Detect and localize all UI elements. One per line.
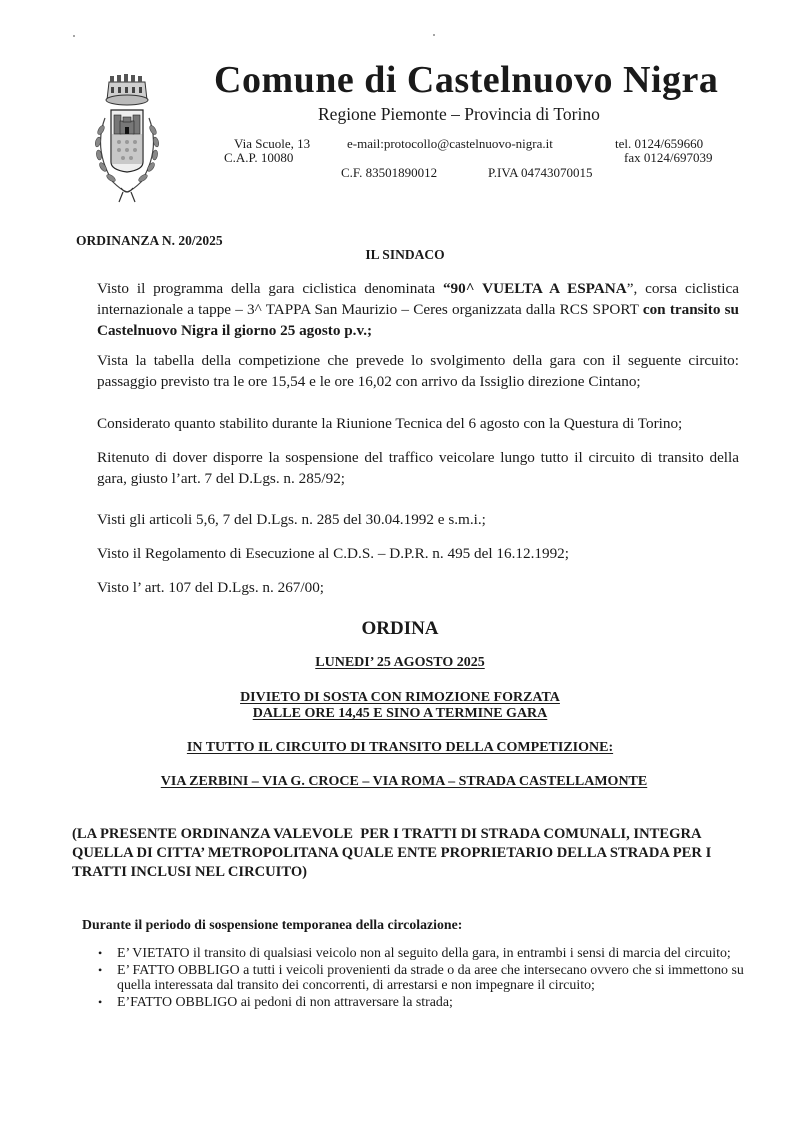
order-date: LUNEDI’ 25 AGOSTO 2025 <box>315 655 484 670</box>
municipality-title: Comune di Castelnuovo Nigra <box>214 58 718 102</box>
note-line-3: TRATTI INCLUSI NEL CIRCUITO) <box>72 863 740 882</box>
issuer-heading: IL SINDACO <box>0 247 800 263</box>
rule-text: E’ FATTO OBBLIGO a tutti i veicoli prove… <box>117 963 744 994</box>
list-item: •E’FATTO OBBLIGO ai pedoni di non attrav… <box>98 995 770 1011</box>
rule-text: E’FATTO OBBLIGO ai pedoni di non attrave… <box>117 995 453 1010</box>
region-line: Regione Piemonte – Provincia di Torino <box>318 104 600 125</box>
premise-paragraph: Visto il Regolamento di Esecuzione al C.… <box>97 543 739 564</box>
codice-fiscale: C.F. 83501890012 <box>341 165 437 181</box>
municipal-coat-of-arms-icon <box>92 70 162 202</box>
bullet-icon: • <box>98 963 102 979</box>
prohibition-block: DIVIETO DI SOSTA CON RIMOZIONE FORZATA D… <box>0 690 800 722</box>
premise-paragraph: Visto l’ art. 107 del D.Lgs. n. 267/00; <box>97 577 739 598</box>
list-item: •E’ VIETATO il transito di qualsiasi vei… <box>98 946 770 962</box>
suspension-intro: Durante il periodo di sospensione tempor… <box>82 917 462 933</box>
scan-speck <box>73 35 75 37</box>
rule-text: E’ VIETATO il transito di qualsiasi veic… <box>117 946 731 961</box>
premise-paragraph: Vista la tabella della competizione che … <box>97 350 739 392</box>
order-scope: IN TUTTO IL CIRCUITO DI TRANSITO DELLA C… <box>187 740 613 755</box>
email-address: e-mail:protocollo@castelnuovo-nigra.it <box>347 136 553 152</box>
suspension-rules-list: •E’ VIETATO il transito di qualsiasi vei… <box>98 946 770 1011</box>
ordinance-validity-note: (LA PRESENTE ORDINANZA VALEVOLE PER I TR… <box>72 825 740 882</box>
address-cap: C.A.P. 10080 <box>224 150 293 166</box>
streets-row: VIA ZERBINI – VIA G. CROCE – VIA ROMA – … <box>0 774 800 790</box>
premise-paragraph: Visto il programma della gara ciclistica… <box>97 278 739 341</box>
partita-iva: P.IVA 04743070015 <box>488 165 593 181</box>
order-heading: ORDINA <box>0 618 800 640</box>
scan-speck <box>433 34 435 36</box>
order-date-row: LUNEDI’ 25 AGOSTO 2025 <box>0 655 800 671</box>
fax-number: fax 0124/697039 <box>624 150 712 166</box>
affected-streets: VIA ZERBINI – VIA G. CROCE – VIA ROMA – … <box>161 774 647 789</box>
note-line-2: QUELLA DI CITTA’ METROPOLITANA QUALE ENT… <box>72 844 740 863</box>
prohibition-line-2: DALLE ORE 14,45 E SINO A TERMINE GARA <box>253 706 548 721</box>
bullet-icon: • <box>98 946 102 962</box>
list-item: •E’ FATTO OBBLIGO a tutti i veicoli prov… <box>98 963 770 994</box>
premise-paragraph: Visti gli articoli 5,6, 7 del D.Lgs. n. … <box>97 509 739 530</box>
bullet-icon: • <box>98 995 102 1011</box>
prohibition-line-1: DIVIETO DI SOSTA CON RIMOZIONE FORZATA <box>240 690 560 705</box>
note-line-1: (LA PRESENTE ORDINANZA VALEVOLE PER I TR… <box>72 825 740 844</box>
premise-paragraph: Considerato quanto stabilito durante la … <box>97 413 739 434</box>
premise-paragraph: Ritenuto di dover disporre la sospension… <box>97 447 739 489</box>
scope-row: IN TUTTO IL CIRCUITO DI TRANSITO DELLA C… <box>0 740 800 756</box>
